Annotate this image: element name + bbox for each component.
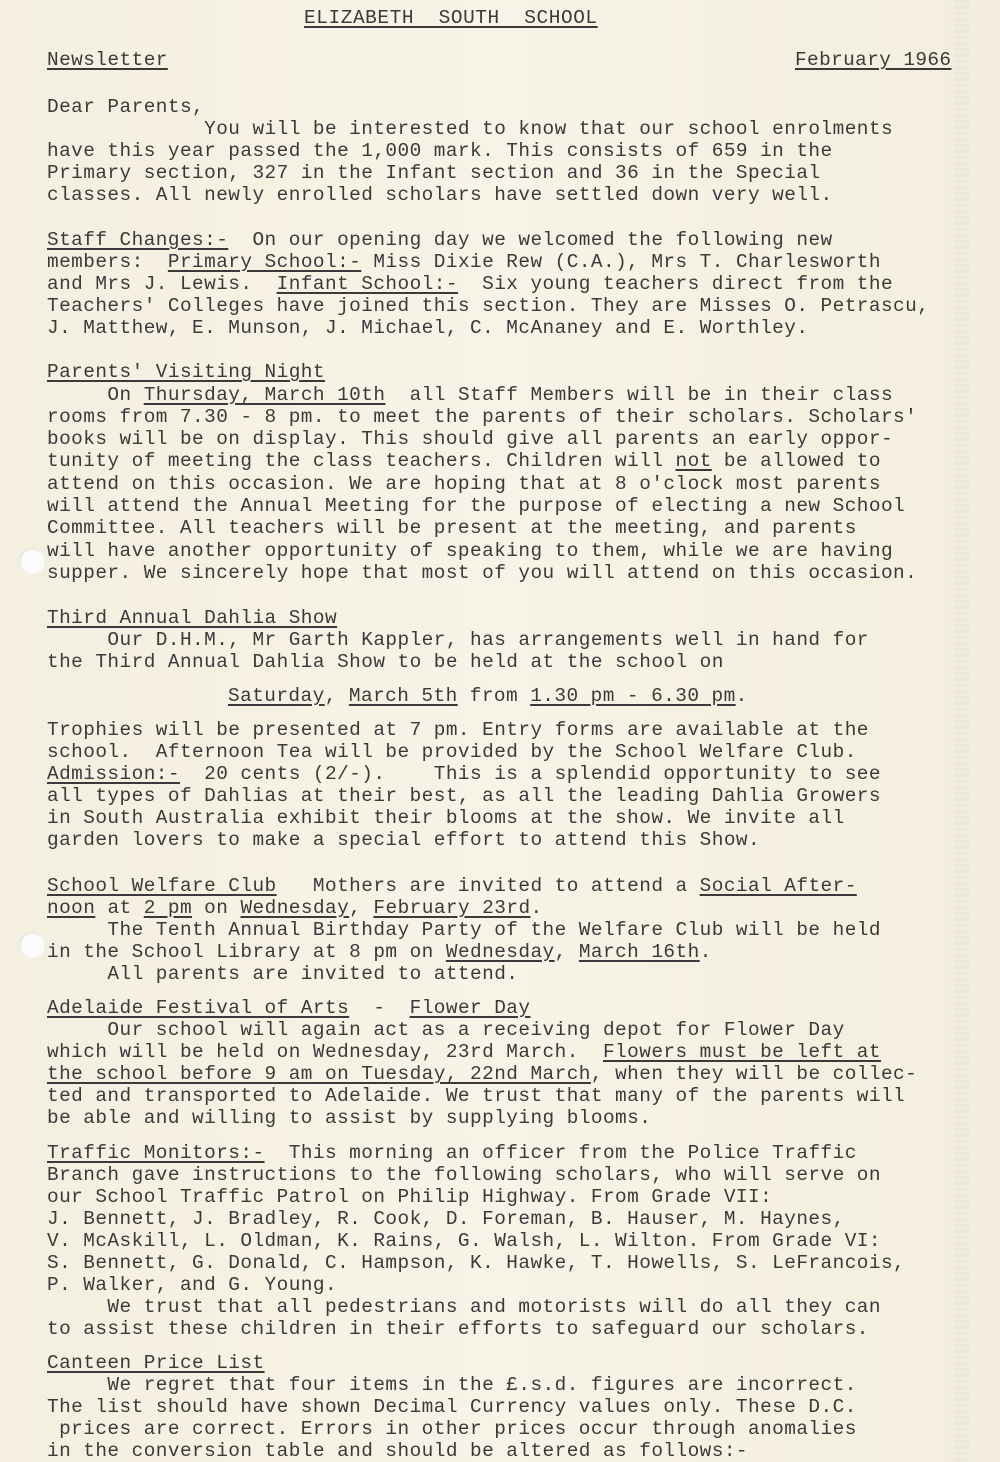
traffic-monitors-line: We trust that all pedestrians and motori… <box>47 1296 881 1318</box>
traffic-monitors-line: our School Traffic Patrol on Philip High… <box>47 1186 772 1208</box>
staff-changes-line: Teachers' Colleges have joined this sect… <box>47 295 929 317</box>
flower-day-line: which will be held on Wednesday, 23rd Ma… <box>47 1041 881 1063</box>
canteen-line: We regret that four items in the £.s.d. … <box>47 1374 857 1396</box>
dahlia-show-line: Admission:- 20 cents (2/-). This is a sp… <box>47 763 881 785</box>
visiting-night-line: On Thursday, March 10th all Staff Member… <box>47 384 893 406</box>
traffic-monitors-line: S. Bennett, G. Donald, C. Hampson, K. Ha… <box>47 1252 905 1274</box>
intro-line: classes. All newly enrolled scholars hav… <box>47 184 833 206</box>
welfare-club-line: noon at 2 pm on Wednesday, February 23rd… <box>47 897 543 919</box>
section-heading-staff-changes: Staff Changes:- <box>47 229 228 251</box>
punch-hole <box>19 548 45 574</box>
dahlia-show-line: all types of Dahlias at their best, as a… <box>47 785 881 807</box>
canteen-line: prices are correct. Errors in other pric… <box>47 1418 857 1440</box>
traffic-monitors-line: to assist these children in their effort… <box>47 1318 869 1340</box>
welfare-club-line: School Welfare Club Mothers are invited … <box>47 875 857 897</box>
welfare-club-line: in the School Library at 8 pm on Wednesd… <box>47 941 712 963</box>
staff-changes-line: J. Matthew, E. Munson, J. Michael, C. Mc… <box>47 317 808 339</box>
traffic-monitors-line: V. McAskill, L. Oldman, K. Rains, G. Wal… <box>47 1230 881 1252</box>
traffic-monitors-line: J. Bennett, J. Bradley, R. Cook, D. Fore… <box>47 1208 845 1230</box>
dahlia-show-line: school. Afternoon Tea will be provided b… <box>47 741 857 763</box>
punch-hole <box>19 932 45 958</box>
staff-changes-line: members: Primary School:- Miss Dixie Rew… <box>47 251 881 273</box>
school-title: ELIZABETH SOUTH SCHOOL <box>304 7 598 29</box>
visiting-night-line: will attend the Annual Meeting for the p… <box>47 495 905 517</box>
canteen-line: The list should have shown Decimal Curre… <box>47 1396 857 1418</box>
dahlia-show-line: the Third Annual Dahlia Show to be held … <box>47 651 724 673</box>
traffic-monitors-line: Branch gave instructions to the followin… <box>47 1164 881 1186</box>
section-heading-welfare-club: School Welfare Club <box>47 875 277 897</box>
salutation: Dear Parents, <box>47 96 204 118</box>
welfare-club-line: The Tenth Annual Birthday Party of the W… <box>47 919 881 941</box>
intro-line: Primary section, 327 in the Infant secti… <box>47 162 821 184</box>
visiting-night-line: books will be on display. This should gi… <box>47 428 893 450</box>
traffic-monitors-line: Traffic Monitors:- This morning an offic… <box>47 1142 857 1164</box>
staff-changes-line: Staff Changes:- On our opening day we we… <box>47 229 833 251</box>
flower-day-line: the school before 9 am on Tuesday, 22nd … <box>47 1063 917 1085</box>
dahlia-show-line: Trophies will be presented at 7 pm. Entr… <box>47 719 869 741</box>
traffic-monitors-line: P. Walker, and G. Young. <box>47 1274 337 1296</box>
welfare-club-line: All parents are invited to attend. <box>47 963 518 985</box>
flower-day-line: be able and willing to assist by supplyi… <box>47 1107 651 1129</box>
section-heading-flower-day: Adelaide Festival of Arts - Flower Day <box>47 997 530 1019</box>
visiting-night-line: will have another opportunity of speakin… <box>47 540 893 562</box>
visiting-night-line: rooms from 7.30 - 8 pm. to meet the pare… <box>47 406 917 428</box>
newsletter-page: ELIZABETH SOUTH SCHOOL Newsletter Februa… <box>0 0 1000 1462</box>
dahlia-show-line: in South Australia exhibit their blooms … <box>47 807 845 829</box>
flower-day-line: ted and transported to Adelaide. We trus… <box>47 1085 905 1107</box>
dahlia-show-date: Saturday, March 5th from 1.30 pm - 6.30 … <box>228 685 748 707</box>
newsletter-date: February 1966 <box>795 49 951 71</box>
section-heading-dahlia-show: Third Annual Dahlia Show <box>47 607 337 629</box>
visiting-night-line: tunity of meeting the class teachers. Ch… <box>47 450 881 472</box>
paper-crease <box>955 0 969 1462</box>
canteen-line: in the conversion table and should be al… <box>47 1440 748 1462</box>
dahlia-show-line: Our D.H.M., Mr Garth Kappler, has arrang… <box>47 629 869 651</box>
section-heading-visiting-night: Parents' Visiting Night <box>47 361 325 383</box>
intro-line: You will be interested to know that our … <box>47 118 893 140</box>
dahlia-show-line: garden lovers to make a special effort t… <box>47 829 760 851</box>
intro-line: have this year passed the 1,000 mark. Th… <box>47 140 833 162</box>
section-heading-canteen: Canteen Price List <box>47 1352 265 1374</box>
section-heading-traffic-monitors: Traffic Monitors:- <box>47 1142 265 1164</box>
visiting-night-line: supper. We sincerely hope that most of y… <box>47 562 917 584</box>
visiting-night-line: attend on this occasion. We are hoping t… <box>47 473 881 495</box>
staff-changes-line: and Mrs J. Lewis. Infant School:- Six yo… <box>47 273 893 295</box>
flower-day-line: Our school will again act as a receiving… <box>47 1019 845 1041</box>
visiting-night-line: Committee. All teachers will be present … <box>47 517 857 539</box>
doc-type-label: Newsletter <box>47 49 168 71</box>
